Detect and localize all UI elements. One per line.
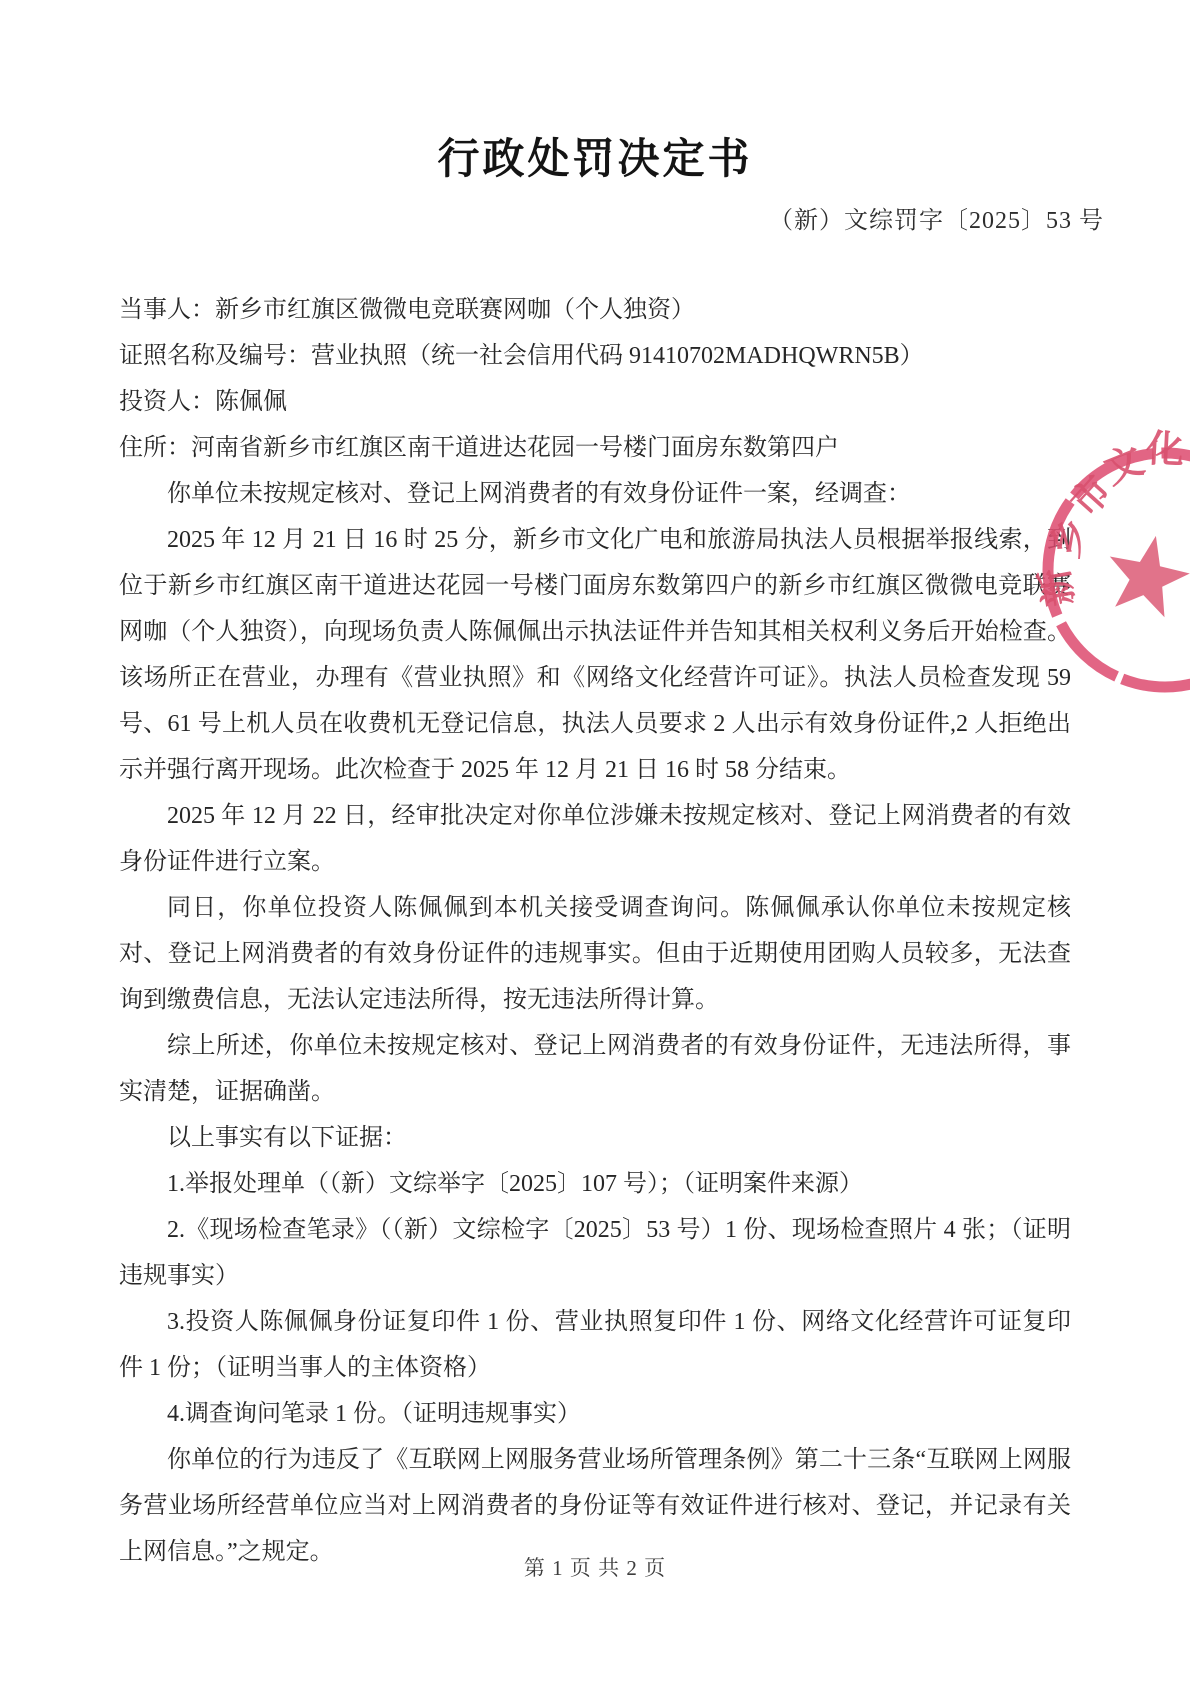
paragraph-evidence-4: 4.调查询问笔录 1 份。（证明违规事实） (119, 1391, 1071, 1437)
page-title: 行政处罚决定书 (0, 0, 1190, 186)
field-investor: 投资人：陈佩佩 (119, 379, 1071, 425)
star-icon (1110, 536, 1190, 617)
doc-number: （新）文综罚字〔2025〕53 号 (0, 200, 1190, 235)
document-body: 当事人：新乡市红旗区微微电竞联赛网咖（个人独资） 证照名称及编号：营业执照（统一… (119, 287, 1071, 1575)
paragraph-inspection: 2025 年 12 月 21 日 16 时 25 分，新乡市文化广电和旅游局执法… (119, 517, 1071, 793)
paragraph-evidence-3: 3.投资人陈佩佩身份证复印件 1 份、营业执照复印件 1 份、网络文化经营许可证… (119, 1299, 1071, 1391)
paragraph-evidence-1: 1.举报处理单（（新）文综举字〔2025〕107 号）；（证明案件来源） (119, 1161, 1071, 1207)
seal-char: 市 (1064, 469, 1121, 525)
seal-char: 文 (1099, 439, 1150, 492)
paragraph-interrogation: 同日，你单位投资人陈佩佩到本机关接受调查询问。陈佩佩承认你单位未按规定核对、登记… (119, 885, 1071, 1023)
document-page: 行政处罚决定书 （新）文综罚字〔2025〕53 号 当事人：新乡市红旗区微微电竞… (0, 0, 1190, 1682)
paragraph-evidence-intro: 以上事实有以下证据： (119, 1115, 1071, 1161)
field-license: 证照名称及编号：营业执照（统一社会信用代码 91410702MADHQWRN5B… (119, 333, 1071, 379)
paragraph-conclusion: 综上所述，你单位未按规定核对、登记上网消费者的有效身份证件，无违法所得，事实清楚… (119, 1023, 1071, 1115)
field-address: 住所：河南省新乡市红旗区南干道进达花园一号楼门面房东数第四户 (119, 425, 1071, 471)
paragraph-filing: 2025 年 12 月 22 日，经审批决定对你单位涉嫌未按规定核对、登记上网消… (119, 793, 1071, 885)
paragraph-case-intro: 你单位未按规定核对、登记上网消费者的有效身份证件一案，经调查： (119, 471, 1071, 517)
paragraph-evidence-2: 2.《现场检查笔录》（（新）文综检字〔2025〕53 号）1 份、现场检查照片 … (119, 1207, 1071, 1299)
field-party: 当事人：新乡市红旗区微微电竞联赛网咖（个人独资） (119, 287, 1071, 333)
page-footer: 第 1 页 共 2 页 (0, 1552, 1190, 1582)
seal-char: 化 (1144, 428, 1185, 472)
